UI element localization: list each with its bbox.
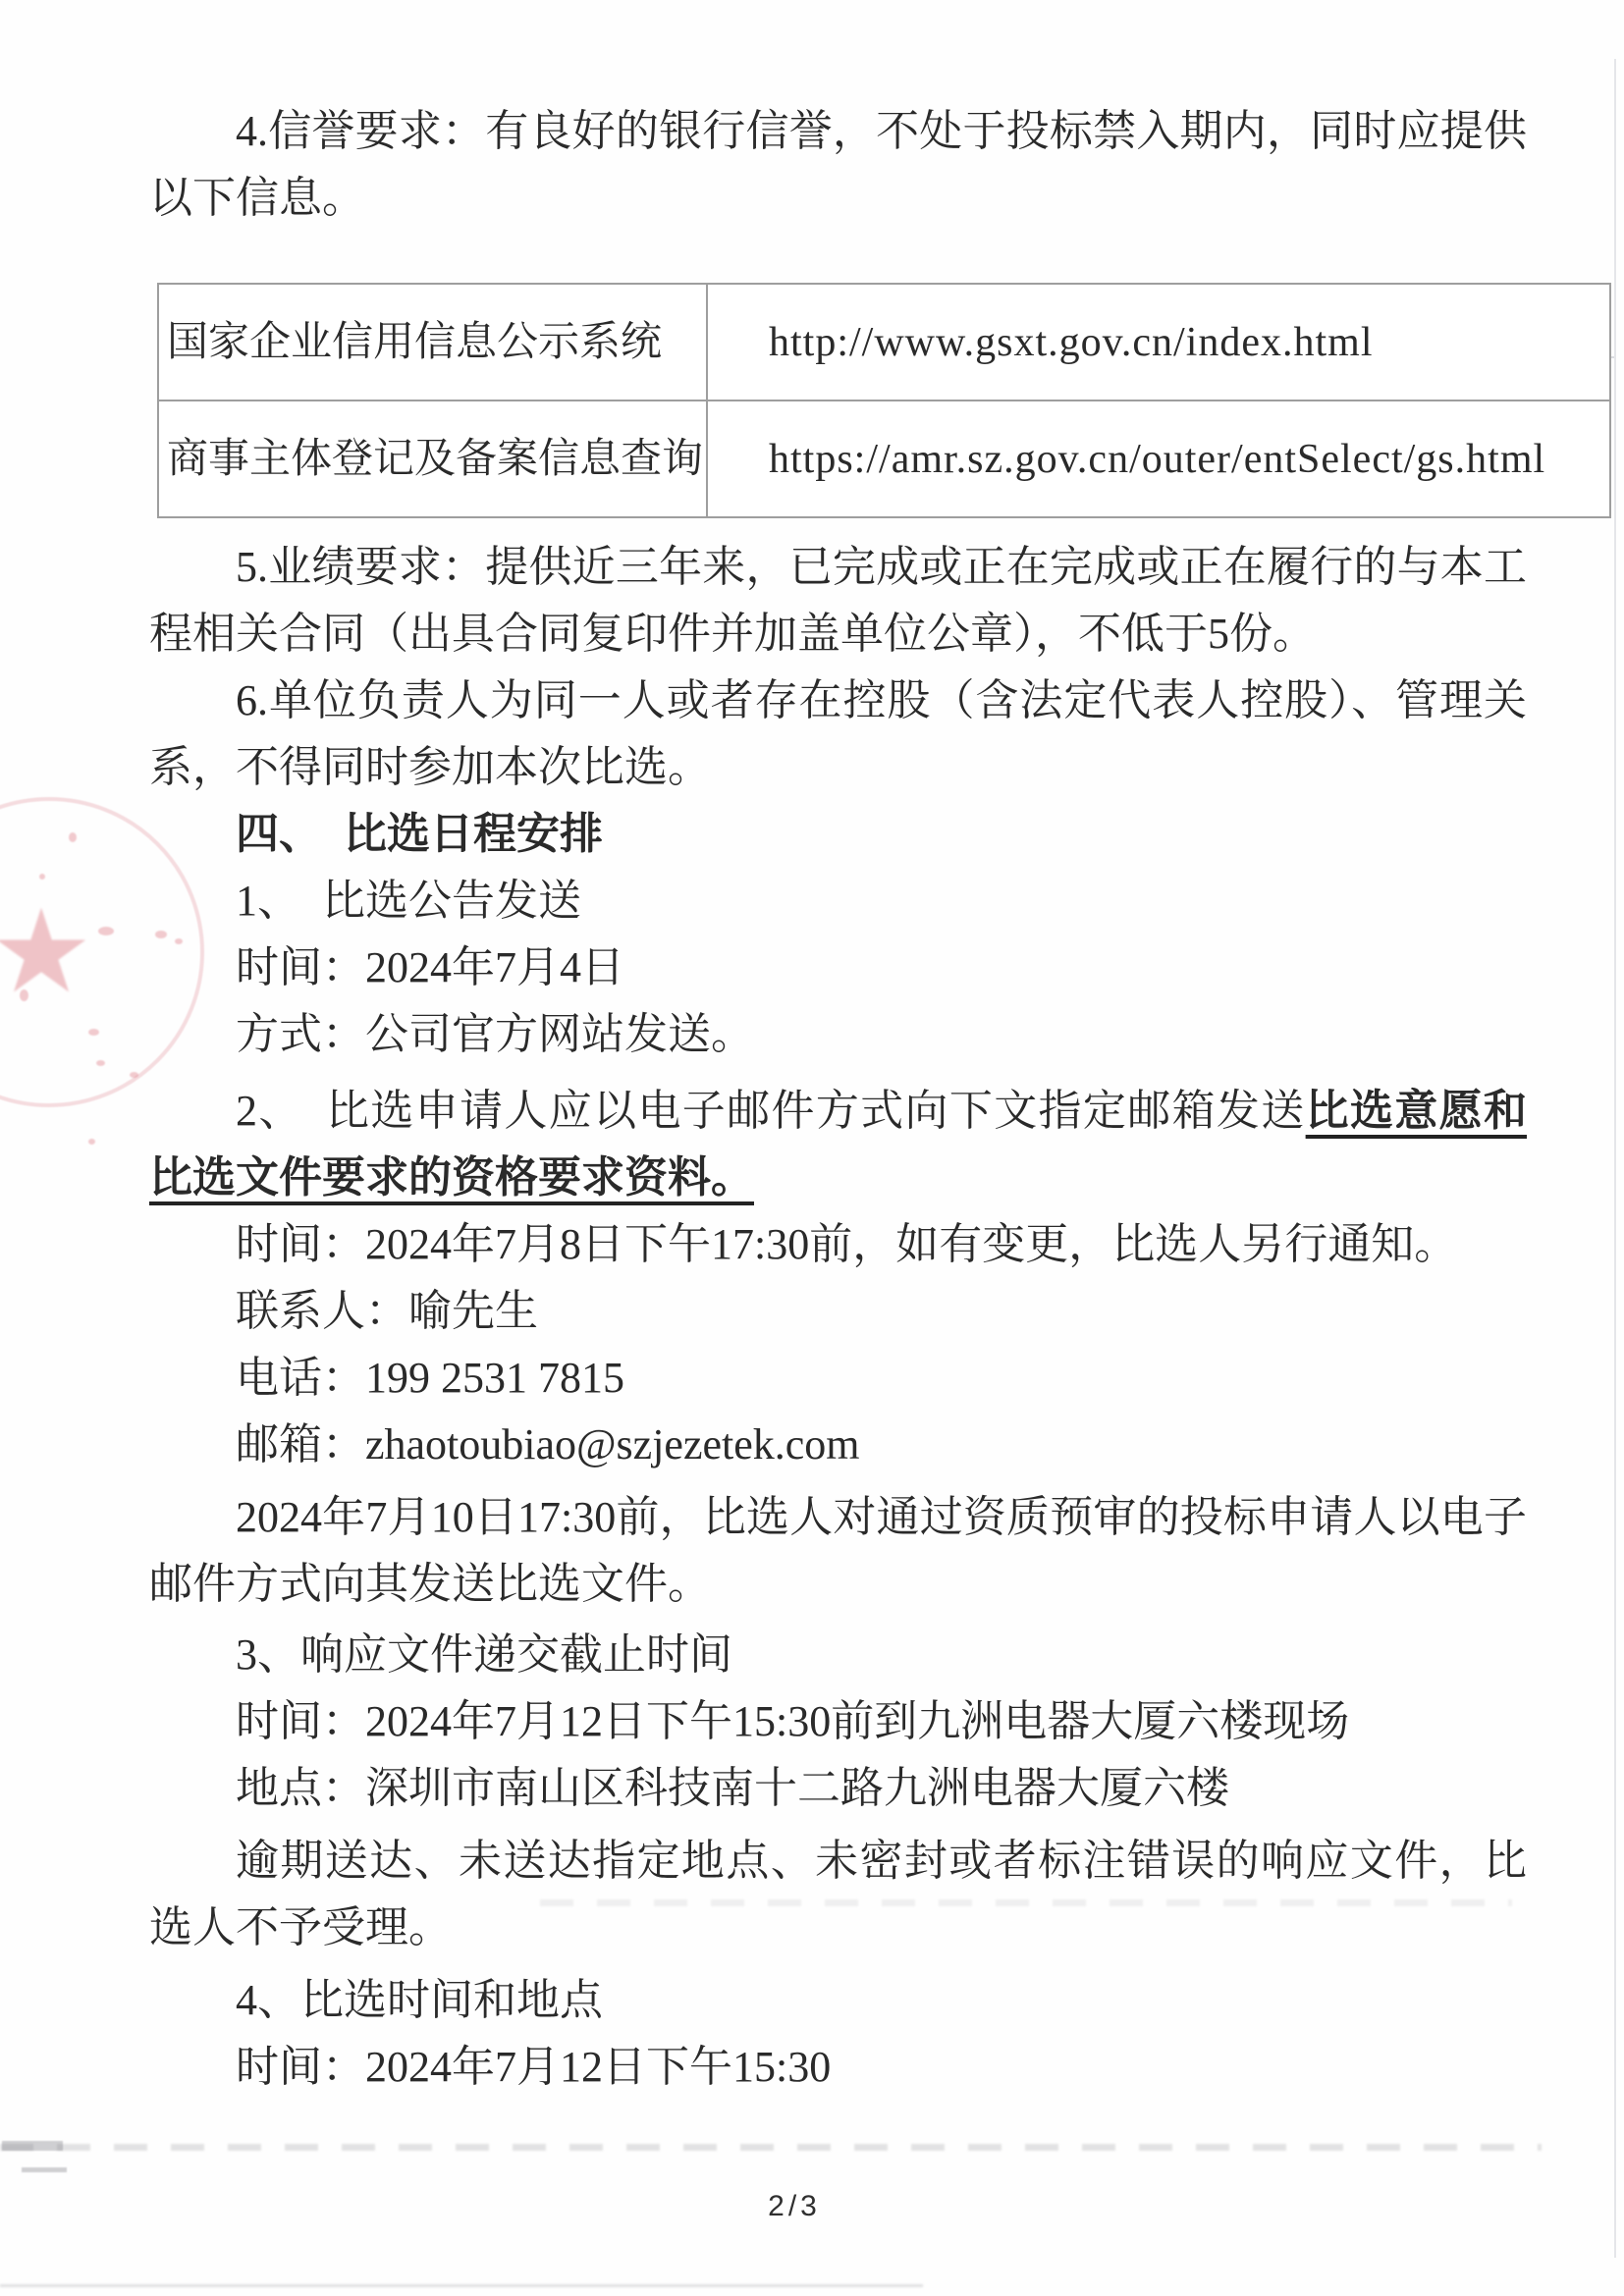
schedule-item-3: 3、响应文件递交截止时间 (149, 1622, 1527, 1688)
paragraph-credit-requirement: 4.信誉要求：有良好的银行信誉，不处于投标禁入期内，同时应提供以下信息。 (149, 98, 1527, 232)
seal-speck (88, 1139, 95, 1145)
schedule-item-1-time: 时间：2024年7月4日 (149, 934, 1527, 1001)
table-cell-url: http://www.gsxt.gov.cn/index.html (707, 284, 1610, 400)
schedule-item-3-place: 地点：深圳市南山区科技南十二路九洲电器大厦六楼 (149, 1755, 1527, 1822)
table-row: 国家企业信用信息公示系统 http://www.gsxt.gov.cn/inde… (158, 284, 1610, 400)
paragraph-prequalification: 2024年7月10日17:30前，比选人对通过资质预审的投标申请人以电子邮件方式… (149, 1484, 1527, 1618)
schedule-item-4-time: 时间：2024年7月12日下午15:30 (149, 2034, 1527, 2101)
scan-artifact (0, 2144, 1542, 2151)
paragraph-performance-requirement: 5.业绩要求：提供近三年来，已完成或正在完成或正在履行的与本工程相关合同（出具合… (149, 534, 1527, 667)
section-heading-schedule: 四、 比选日程安排 (149, 801, 1527, 868)
schedule-item-2: 2、 比选申请人应以电子邮件方式向下文指定邮箱发送比选意愿和比选文件要求的资格要… (149, 1078, 1527, 1211)
star-icon: ★ (0, 889, 105, 1017)
paragraph-overdue-rule: 逾期送达、未送达指定地点、未密封或者标注错误的响应文件，比选人不予受理。 (149, 1828, 1527, 1961)
schedule-item-2-time: 时间：2024年7月8日下午17:30前，如有变更，比选人另行通知。 (149, 1211, 1527, 1278)
table-cell-label: 商事主体登记及备案信息查询网 (158, 400, 707, 517)
schedule-item-1: 1、 比选公告发送 (149, 868, 1527, 934)
seal-speck (20, 989, 28, 1001)
seal-speck (98, 927, 114, 935)
scan-artifact (1614, 59, 1616, 2258)
paragraph-affiliation-rule: 6.单位负责人为同一人或者存在控股（含法定代表人控股）、管理关系，不得同时参加本… (149, 667, 1527, 801)
schedule-item-4: 4、比选时间和地点 (149, 1967, 1527, 2034)
scan-artifact (0, 2284, 923, 2287)
seal-speck (130, 1072, 138, 1078)
contact-person: 联系人：喻先生 (149, 1278, 1527, 1345)
table-cell-label: 国家企业信用信息公示系统 (158, 284, 707, 400)
schedule-item-3-time: 时间：2024年7月12日下午15:30前到九洲电器大厦六楼现场 (149, 1688, 1527, 1755)
table-row: 商事主体登记及备案信息查询网 https://amr.sz.gov.cn/out… (158, 400, 1610, 517)
scan-artifact (22, 2167, 67, 2172)
contact-phone: 电话：199 2531 7815 (149, 1345, 1527, 1412)
page-number: 2/3 (0, 2190, 1606, 2223)
scan-artifact (2, 2141, 63, 2151)
seal-speck (88, 1029, 99, 1036)
document-body: 4.信誉要求：有良好的银行信誉，不处于投标禁入期内，同时应提供以下信息。 国家企… (149, 98, 1527, 2101)
info-table: 国家企业信用信息公示系统 http://www.gsxt.gov.cn/inde… (157, 283, 1611, 518)
seal-speck (96, 1060, 105, 1066)
table-cell-url: https://amr.sz.gov.cn/outer/entSelect/gs… (707, 400, 1610, 517)
seal-speck (39, 874, 45, 880)
seal-speck (69, 832, 77, 842)
contact-email: 邮箱：zhaotoubiao@szjezetek.com (149, 1412, 1527, 1478)
schedule-item-2-text: 2、 比选申请人应以电子邮件方式向下文指定邮箱发送 (236, 1087, 1306, 1135)
document-page: ★ 4.信誉要求：有良好的银行信誉，不处于投标禁入期内，同时应提供以下信息。 国… (0, 0, 1624, 2296)
schedule-item-1-method: 方式：公司官方网站发送。 (149, 1001, 1527, 1068)
